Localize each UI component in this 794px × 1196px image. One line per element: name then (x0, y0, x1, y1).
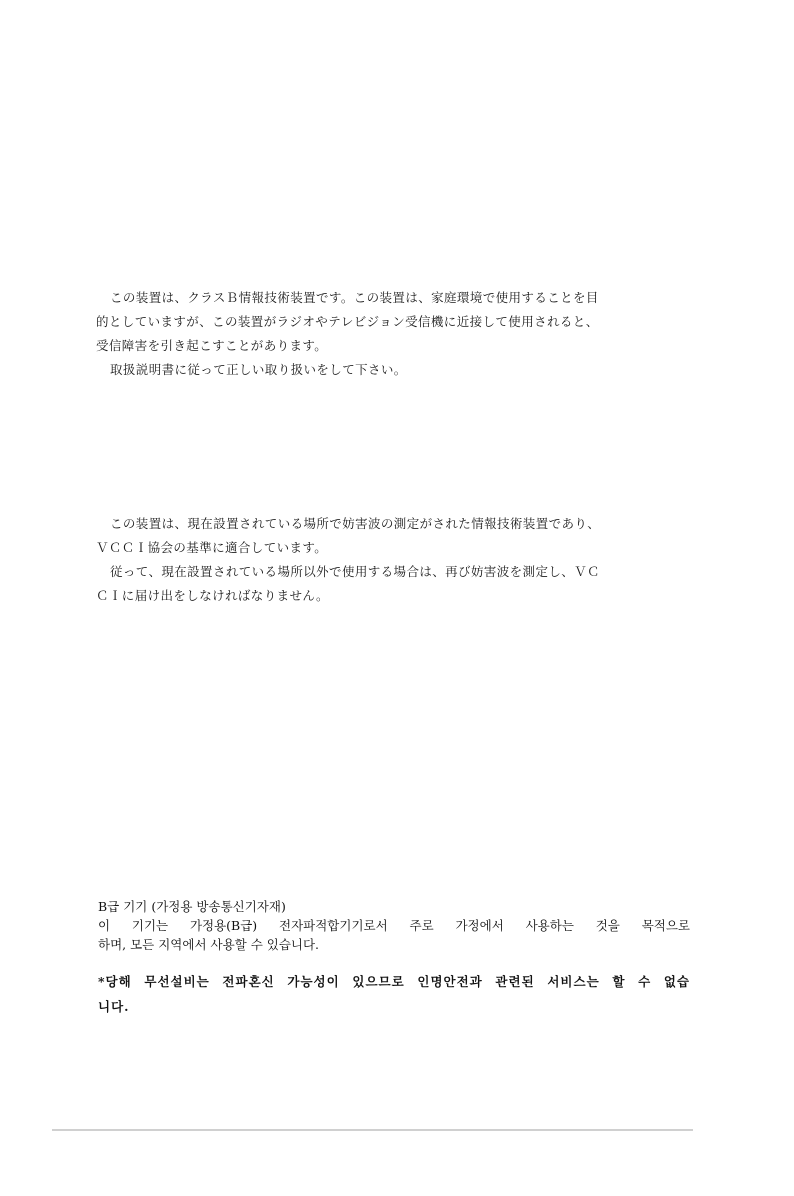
notice-line: 的としていますが、この装置がラジオやテレビジョン受信機に近接して使用されると、 (96, 310, 616, 334)
korean-notice-title: B급 기기 (가정용 방송통신기자재) (98, 897, 690, 916)
korean-notice-line: 이 기기는 가정용(B급) 전자파적합기기로서 주로 가정에서 사용하는 것을 … (98, 916, 690, 935)
vcci-class-b-notice: この装置は、クラスＢ情報技術装置です。この装置は、家庭環境で使用することを目 的… (96, 286, 616, 382)
notice-line: 取扱説明書に従って正しい取り扱いをして下さい。 (96, 358, 616, 382)
korean-class-b-notice: B급 기기 (가정용 방송통신기자재) 이 기기는 가정용(B급) 전자파적합기… (98, 897, 690, 954)
korean-notice-line: 하며, 모든 지역에서 사용할 수 있습니다. (98, 935, 690, 954)
notice-line: この装置は、クラスＢ情報技術装置です。この装置は、家庭環境で使用することを目 (96, 286, 616, 310)
vcci-site-measurement-notice: この装置は、現在設置されている場所で妨害波の測定がされた情報技術装置であり、 Ｖ… (96, 512, 616, 608)
footer-divider (52, 1129, 693, 1131)
notice-line: この装置は、現在設置されている場所で妨害波の測定がされた情報技術装置であり、 (96, 512, 616, 536)
notice-line: 受信障害を引き起こすことがあります。 (96, 334, 616, 358)
korean-warning-line: *당해 무선설비는 전파혼신 가능성이 있으므로 인명안전과 관련된 서비스는 … (98, 972, 690, 991)
korean-radio-interference-warning: *당해 무선설비는 전파혼신 가능성이 있으므로 인명안전과 관련된 서비스는 … (98, 972, 690, 1016)
korean-warning-line: 니다. (98, 997, 690, 1016)
notice-line: 従って、現在設置されている場所以外で使用する場合は、再び妨害波を測定し、ＶＣ (96, 560, 616, 584)
notice-line: ＣＩに届け出をしなければなりません。 (96, 584, 616, 608)
notice-line: ＶＣＣＩ協会の基準に適合しています。 (96, 536, 616, 560)
